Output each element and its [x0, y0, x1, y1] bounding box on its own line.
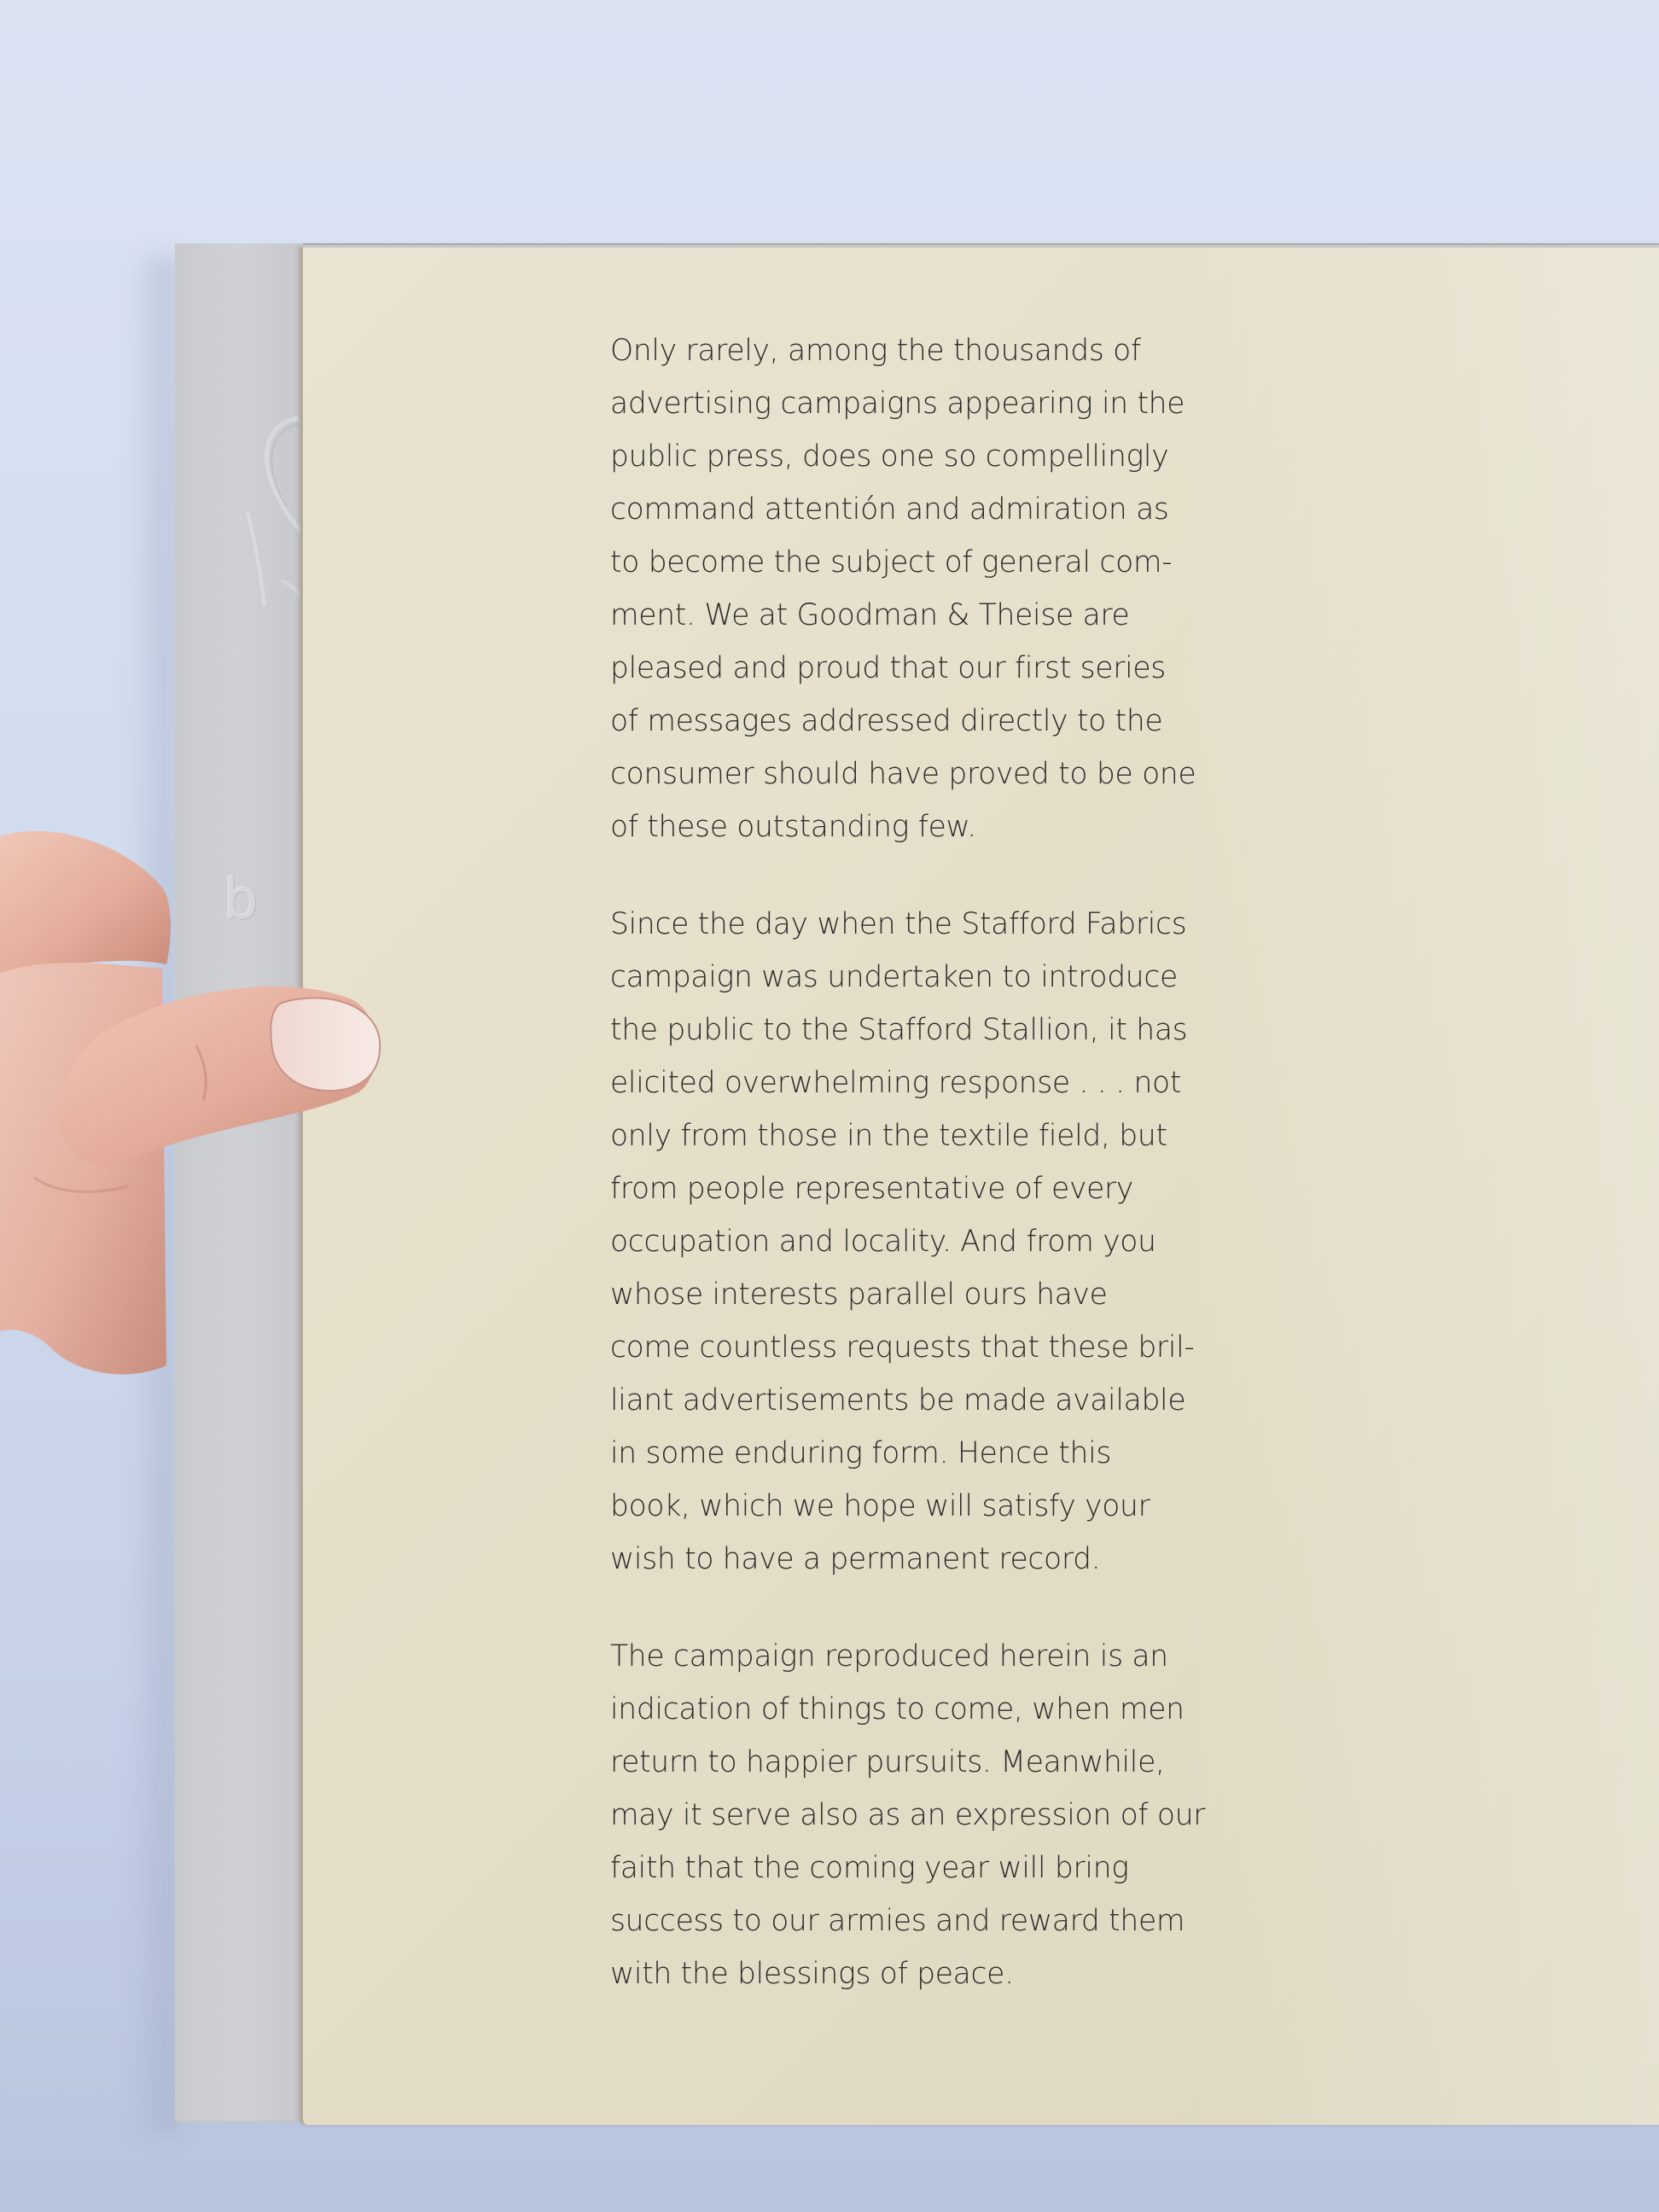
text-line: advertising campaigns appearing in the	[610, 377, 1225, 430]
text-line: occupation and locality. And from you	[610, 1215, 1225, 1268]
text-line: Only rarely, among the thousands of	[610, 324, 1225, 377]
body-text: Only rarely, among the thousands of adve…	[610, 324, 1225, 2045]
text-line: campaign was undertaken to introduce	[610, 951, 1225, 1004]
text-line: The campaign reproduced herein is an	[610, 1630, 1225, 1683]
text-line: the public to the Stafford Stallion, it …	[610, 1004, 1225, 1057]
text-line: Since the day when the Stafford Fabrics	[610, 898, 1225, 951]
paragraph-1: Only rarely, among the thousands of adve…	[610, 324, 1225, 853]
holding-hand-icon	[0, 819, 393, 1400]
text-line: command attentión and admiration as	[610, 483, 1225, 536]
text-line: success to our armies and reward them	[610, 1895, 1225, 1947]
text-line: whose interests parallel ours have	[610, 1268, 1225, 1321]
text-line: of these outstanding few.	[610, 800, 1225, 853]
text-line: only from those in the textile field, bu…	[610, 1109, 1225, 1162]
text-line: of messages addressed directly to the	[610, 695, 1225, 748]
text-line: elicited overwhelming response . . . not	[610, 1057, 1225, 1109]
text-line: in some enduring form. Hence this	[610, 1427, 1225, 1480]
text-line: pleased and proud that our first series	[610, 642, 1225, 695]
paragraph-2: Since the day when the Stafford Fabrics …	[610, 898, 1225, 1586]
text-line: consumer should have proved to be one	[610, 748, 1225, 800]
paragraph-3: The campaign reproduced herein is an ind…	[610, 1630, 1225, 2000]
text-line: liant advertisements be made available	[610, 1374, 1225, 1427]
text-line: faith that the coming year will bring	[610, 1842, 1225, 1895]
text-line: to become the subject of general com-	[610, 536, 1225, 589]
text-line: indication of things to come, when men	[610, 1683, 1225, 1736]
text-line: come countless requests that these bril-	[610, 1321, 1225, 1374]
text-line: may it serve also as an expression of ou…	[610, 1789, 1225, 1842]
text-line: ment. We at Goodman & Theise are	[610, 589, 1225, 642]
text-line: public press, does one so compellingly	[610, 430, 1225, 483]
text-line: wish to have a permanent record.	[610, 1533, 1225, 1586]
text-line: book, which we hope will satisfy your	[610, 1480, 1225, 1533]
text-line: from people representative of every	[610, 1162, 1225, 1215]
text-line: return to happier pursuits. Meanwhile,	[610, 1736, 1225, 1789]
text-line: with the blessings of peace.	[610, 1947, 1225, 2000]
